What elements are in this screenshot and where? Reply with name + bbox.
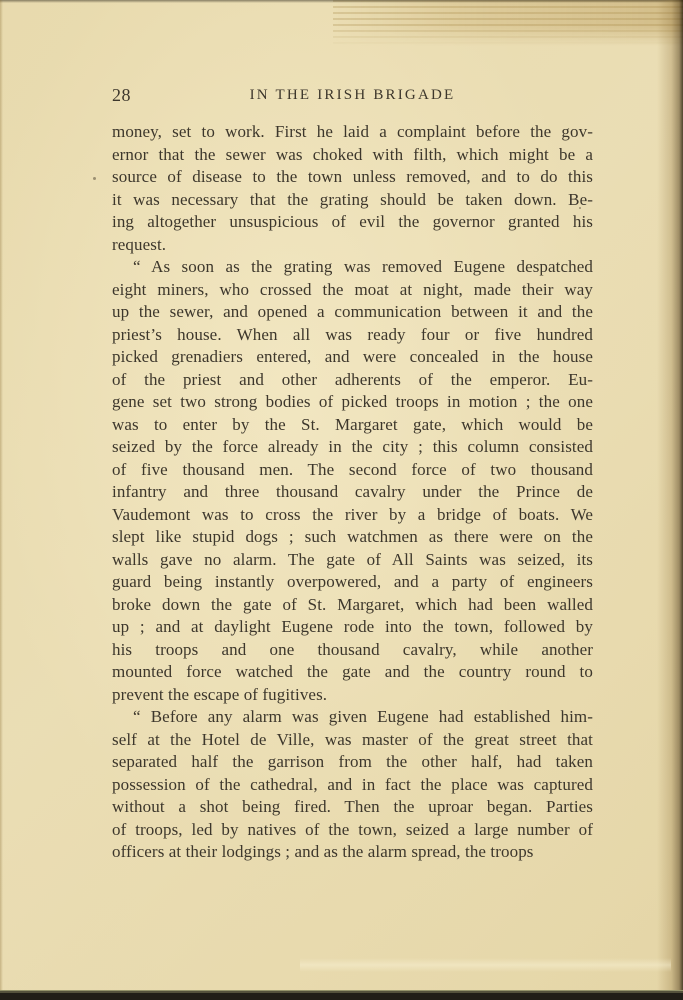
text-line: separated half the garrison from the oth…: [112, 751, 593, 774]
text-line: officers at their lodgings ; and as the …: [112, 841, 593, 864]
text-line: priest’s house. When all was ready four …: [112, 324, 593, 347]
text-line: of troops, led by natives of the town, s…: [112, 819, 593, 842]
text-line: money, set to work. First he laid a comp…: [112, 121, 593, 144]
text-line: up ; and at daylight Eugene rode into th…: [112, 616, 593, 639]
page-sheen: [300, 958, 671, 972]
text-line: of the priest and other adherents of the…: [112, 369, 593, 392]
page-edge-right: [657, 0, 683, 991]
text-line: guard being instantly overpowered, and a…: [112, 571, 593, 594]
text-line: up the sewer, and opened a communication…: [112, 301, 593, 324]
text-line: his troops and one thousand cavalry, whi…: [112, 639, 593, 662]
page-edge-top: [0, 0, 683, 3]
book-page-scan: 28 IN THE IRISH BRIGADE money, set to wo…: [0, 0, 683, 1000]
running-title: IN THE IRISH BRIGADE: [112, 87, 593, 104]
page-edge-left: [0, 0, 3, 991]
page-curl-shadow: [333, 0, 683, 46]
text-line: “ As soon as the grating was removed Eug…: [112, 256, 593, 279]
text-line: possession of the cathedral, and in fact…: [112, 774, 593, 797]
text-line: of five thousand men. The second force o…: [112, 459, 593, 482]
text-line: infantry and three thousand cavalry unde…: [112, 481, 593, 504]
text-line: was to enter by the St. Margaret gate, w…: [112, 414, 593, 437]
text-line: request.: [112, 234, 593, 257]
scan-speck: [93, 177, 96, 180]
running-header: 28 IN THE IRISH BRIGADE: [112, 85, 593, 107]
paragraph: “ Before any alarm was given Eugene had …: [112, 706, 593, 864]
text-line: walls gave no alarm. The gate of All Sai…: [112, 549, 593, 572]
text-line: picked grenadiers entered, and were conc…: [112, 346, 593, 369]
text-line: “ Before any alarm was given Eugene had …: [112, 706, 593, 729]
paragraph: “ As soon as the grating was removed Eug…: [112, 256, 593, 706]
text-line: gene set two strong bodies of picked tro…: [112, 391, 593, 414]
text-line: eight miners, who crossed the moat at ni…: [112, 279, 593, 302]
text-block: money, set to work. First he laid a comp…: [112, 121, 593, 864]
paragraph: money, set to work. First he laid a comp…: [112, 121, 593, 256]
text-line: it was necessary that the grating should…: [112, 189, 593, 212]
text-line: ernor that the sewer was choked with fil…: [112, 144, 593, 167]
text-line: mounted force watched the gate and the c…: [112, 661, 593, 684]
page-edge-bottom: [0, 990, 683, 1000]
text-line: prevent the escape of fugitives.: [112, 684, 593, 707]
text-line: broke down the gate of St. Margaret, whi…: [112, 594, 593, 617]
text-line: Vaudemont was to cross the river by a br…: [112, 504, 593, 527]
text-line: ing altogether unsuspicious of evil the …: [112, 211, 593, 234]
text-line: slept like stupid dogs ; such watchmen a…: [112, 526, 593, 549]
text-line: without a shot being fired. Then the upr…: [112, 796, 593, 819]
text-line: self at the Hotel de Ville, was master o…: [112, 729, 593, 752]
text-line: seized by the force already in the city …: [112, 436, 593, 459]
text-line: source of disease to the town unless rem…: [112, 166, 593, 189]
